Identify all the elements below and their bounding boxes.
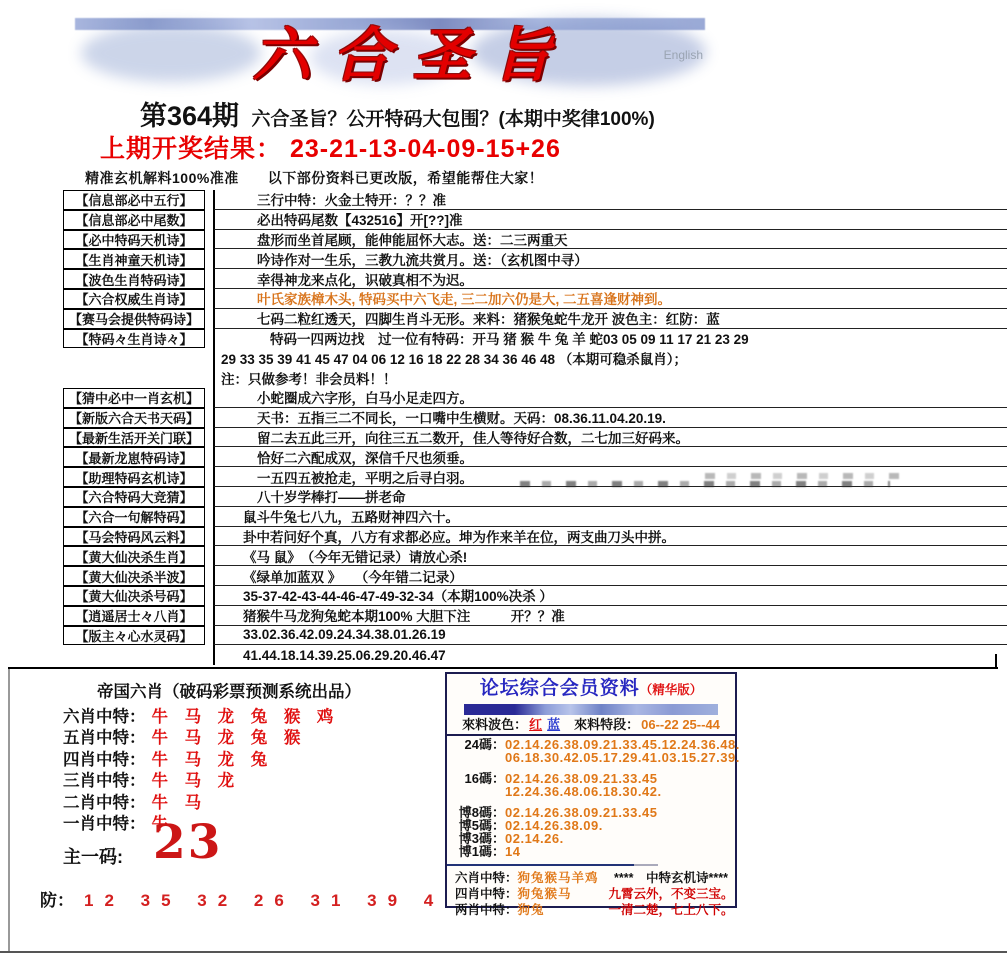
row-content: 《马 鼠》 （今年无错记录）请放心杀! (213, 546, 1007, 566)
row-label: 【版主々心水灵码】 (63, 626, 205, 646)
row-label: 【最新龙崽特码诗】 (63, 447, 205, 467)
table-row: 【黄大仙决杀号码】35-37-42-43-44-46-47-49-32-34（本… (63, 586, 1007, 606)
poem-line: 一清二楚，七上八下。 (601, 902, 741, 918)
erased-text-smudge (520, 481, 890, 487)
table-row: 【信息部必中五行】三行中特：火金土特开：？？准 (63, 190, 1007, 210)
empire-row-value: 牛 马 龙 (152, 772, 241, 790)
member-box-title: 论坛综合会员资料（精华版） (447, 678, 735, 701)
table-row: 【生肖神童天机诗】吟诗作对一生乐，三教九流共赏月。送：（玄机图中寻） (63, 249, 1007, 269)
member-box-title-suffix: （精华版） (640, 683, 703, 697)
empire-row-value: 牛 马 龙 兔 (152, 751, 274, 769)
guard-label: 防： (40, 891, 74, 910)
lottery-tip-sheet: 六合圣旨 English 第364期 六合圣旨？公开特码大包围？(本期中奖律10… (0, 0, 1007, 956)
table-row: 【猜中必中一肖玄机】小蛇圈成六字形，白马小足走四方。 (63, 388, 1007, 408)
row-label: 【黄大仙决杀半波】 (63, 566, 205, 586)
segment-label: 來料特段： (574, 717, 639, 732)
last-draw-label: 上期开奖结果： (100, 135, 282, 163)
empire-six-zodiac-panel: 帝国六肖（破码彩票预测系统出品） 六肖中特：牛 马 龙 兔 猴 鸡 五肖中特：牛… (30, 678, 440, 835)
notice-line: 精准玄机解料100%准准 以下部份资料已更改版，希望能帮住大家！ (85, 168, 543, 188)
divider-line (447, 864, 634, 866)
row-label: 【赛马会提供特码诗】 (63, 309, 205, 329)
last-draw-numbers: 23-21-13-04-09-15+26 (290, 135, 561, 163)
main-code-label: 主一码: (63, 843, 123, 869)
table-row: 【信息部必中尾数】必出特码尾数【432516】开[??]准 (63, 210, 1007, 230)
issue-heading: 第364期 六合圣旨？公开特码大包围？(本期中奖律100%) (140, 94, 655, 133)
member-box-title-text: 论坛综合会员资料 (480, 678, 640, 699)
table-row: 【新版六合天书天码】天书：五指三二不同长，一口嘴中生横财。天码：08.36.11… (63, 408, 1007, 428)
row-content: 《绿单加蓝双 》 （今年错二记录） (213, 566, 1007, 586)
table-row: 29 33 35 39 41 45 47 04 06 12 16 18 22 2… (63, 348, 1007, 368)
row-content: 41.44.18.14.39.25.06.29.20.46.47 (213, 645, 1007, 665)
table-row: 【赛马会提供特码诗】七码二粒红透天，四脚生肖斗无形。来料：猪猴兔蛇牛龙开 波色主… (63, 309, 1007, 329)
code-row-b1: 博1碼：14 (453, 845, 735, 858)
row-label (63, 368, 205, 388)
banner: 六合圣旨 English (75, 0, 705, 92)
banner-decoration (81, 24, 261, 82)
empire-row-label: 五肖中特： (63, 729, 146, 747)
empire-row: 五肖中特：牛 马 龙 兔 猴 (63, 728, 440, 749)
row-label: 【信息部必中五行】 (63, 190, 205, 210)
row-content: 恰好二六配成双，深信千尺也须垂。 (213, 447, 1007, 467)
row-content: 鼠斗牛兔七八九，五路财神四六十。 (213, 507, 1007, 527)
last-draw-result: 上期开奖结果： 23-21-13-04-09-15+26 (100, 129, 561, 165)
empire-row: 四肖中特：牛 马 龙 兔 (63, 750, 440, 771)
row-content: 35-37-42-43-44-46-47-49-32-34（本期100%决杀 ） (213, 586, 1007, 606)
table-row: 【最新龙崽特码诗】恰好二六配成双，深信千尺也须垂。 (63, 447, 1007, 467)
code-row-24-cont: 06.18.30.42.05.17.29.41.03.15.27.39. (505, 751, 735, 764)
row-content: 八十岁学棒打——拼老命 (213, 487, 1007, 507)
empire-row-value: 牛 马 龙 兔 猴 (152, 729, 307, 747)
row-label: 【猜中必中一肖玄机】 (63, 388, 205, 408)
table-row: 【版主々心水灵码】33.02.36.42.09.24.34.38.01.26.1… (63, 626, 1007, 646)
empire-row-label: 三肖中特： (63, 772, 146, 790)
issue-subtitle: 六合圣旨？公开特码大包围？(本期中奖律100%) (252, 109, 655, 130)
row-label: 【波色生肖特码诗】 (63, 269, 205, 289)
mystery-poem: **** 中特玄机诗**** 九霄云外，不变三宝。 一清二楚，七上八下。 (601, 870, 741, 918)
row-label: 【新版六合天书天码】 (63, 408, 205, 428)
separator-line (8, 667, 998, 669)
row-label: 【信息部必中尾数】 (63, 210, 205, 230)
row-label: 【助理特码玄机诗】 (63, 467, 205, 487)
empire-row: 六肖中特：牛 马 龙 兔 猴 鸡 (63, 707, 440, 728)
row-content: 盘形而坐首尾顾，能伸能屈怀大志。送：二三两重天 (213, 230, 1007, 250)
empire-row: 三肖中特：牛 马 龙 (63, 771, 440, 792)
row-label: 【最新生活开关门联】 (63, 428, 205, 448)
row-content: 特码一四两边找 过一位有特码：开马 猪 猴 牛 兔 羊 蛇03 05 09 11… (213, 329, 1007, 349)
poem-line: 九霄云外，不变三宝。 (601, 886, 741, 902)
blue-gradient-bar (464, 704, 717, 715)
row-content: 天书：五指三二不同长，一口嘴中生横财。天码：08.36.11.04.20.19. (213, 408, 1007, 428)
row-label: 【六合权威生肖诗】 (63, 289, 205, 309)
table-row: 【特码々生肖诗々】特码一四两边找 过一位有特码：开马 猪 猴 牛 兔 羊 蛇03… (63, 329, 1007, 349)
wave-red-value: 红 (529, 717, 542, 732)
table-row: 41.44.18.14.39.25.06.29.20.46.47 (63, 645, 1007, 665)
banner-calligraphy-title: 六合圣旨 (253, 8, 573, 92)
english-link[interactable]: English (664, 48, 703, 62)
row-label: 【黄大仙决杀生肖】 (63, 546, 205, 566)
code-row-16-cont: 12.24.36.48.06.18.30.42. (505, 785, 735, 798)
table-row: 【必中特码天机诗】盘形而坐首尾顾，能伸能屈怀大志。送：二三两重天 (63, 230, 1007, 250)
row-content: 卦中若问好个真，八方有求都必应。坤为作来羊在位，两支曲刀头中拼。 (213, 527, 1007, 547)
empire-rows: 六肖中特：牛 马 龙 兔 猴 鸡 五肖中特：牛 马 龙 兔 猴 四肖中特：牛 马… (63, 707, 440, 835)
empire-row-label: 一肖中特： (63, 815, 146, 833)
empire-row-label: 六肖中特： (63, 708, 146, 726)
member-info-box: 论坛综合会员资料（精华版） 來料波色：红蓝來料特段：06--22 25--44 … (445, 672, 737, 908)
wave-segment-info: 來料波色：红蓝來料特段：06--22 25--44 (447, 718, 735, 732)
wave-label: 來料波色： (462, 717, 527, 732)
row-content: 猪猴牛马龙狗兔蛇本期100% 大胆下注 开？？准 (213, 606, 1007, 626)
empire-title: 帝国六肖（破码彩票预测系统出品） (97, 678, 440, 702)
row-content: 留二去五此三开，向往三五二数开，佳人等待好合数，二七加三好码来。 (213, 428, 1007, 448)
row-content: 必出特码尾数【432516】开[??]准 (213, 210, 1007, 230)
row-label: 【必中特码天机诗】 (63, 230, 205, 250)
separator-tick (995, 654, 997, 669)
poem-title: **** 中特玄机诗**** (601, 870, 741, 886)
row-content: 29 33 35 39 41 45 47 04 06 12 16 18 22 2… (213, 348, 1007, 368)
row-content: 吟诗作对一生乐，三教九流共赏月。送：（玄机图中寻） (213, 249, 1007, 269)
table-row: 【黄大仙决杀半波】《绿单加蓝双 》 （今年错二记录） (63, 566, 1007, 586)
row-label: 【特码々生肖诗々】 (63, 329, 205, 349)
row-label: 【六合特码大竞猜】 (63, 487, 205, 507)
code-list: 24碼：02.14.26.38.09.21.33.45.12.24.36.48.… (447, 738, 735, 858)
row-label: 【六合一句解特码】 (63, 507, 205, 527)
row-label: 【马会特码风云料】 (63, 527, 205, 547)
prediction-table: 【信息部必中五行】三行中特：火金土特开：？？准 【信息部必中尾数】必出特码尾数【… (63, 190, 1007, 665)
row-label (63, 348, 205, 368)
table-row: 【六合特码大竞猜】八十岁学棒打——拼老命 (63, 487, 1007, 507)
row-label (63, 645, 205, 665)
row-label: 【逍遥居士々八肖】 (63, 606, 205, 626)
table-row: 【马会特码风云料】卦中若问好个真，八方有求都必应。坤为作来羊在位，两支曲刀头中拼… (63, 527, 1007, 547)
table-row: 注：只做参考！非会员料！！ (63, 368, 1007, 388)
row-label: 【生肖神童天机诗】 (63, 249, 205, 269)
segment-value: 06--22 25--44 (641, 717, 720, 732)
table-row: 【六合权威生肖诗】叶氏家族樟木头, 特码买中六飞走, 三二加六仍是大, 二五喜逢… (63, 289, 1007, 309)
issue-number: 第364期 (140, 101, 239, 131)
empire-row: 一肖中特：牛 (63, 814, 440, 835)
table-row: 【六合一句解特码】鼠斗牛兔七八九，五路财神四六十。 (63, 507, 1007, 527)
table-row: 【黄大仙决杀生肖】《马 鼠》 （今年无错记录）请放心杀! (63, 546, 1007, 566)
left-border-line (8, 669, 10, 952)
empire-row-value: 牛 马 (152, 794, 208, 812)
row-content: 33.02.36.42.09.24.34.38.01.26.19 (213, 626, 1007, 646)
empire-row-value: 牛 马 龙 兔 猴 鸡 (152, 708, 340, 726)
row-content: 三行中特：火金土特开：？？准 (213, 190, 1007, 210)
wave-blue-value: 蓝 (547, 717, 560, 732)
main-code-value: 23 (153, 815, 222, 870)
empire-row-label: 四肖中特： (63, 751, 146, 769)
row-content: 幸得神龙来点化，识破真相不为迟。 (213, 269, 1007, 289)
table-row: 【逍遥居士々八肖】猪猴牛马龙狗兔蛇本期100% 大胆下注 开？？准 (63, 606, 1007, 626)
divider-line (447, 734, 735, 736)
page-bottom-line (0, 951, 1007, 953)
row-label: 【黄大仙决杀号码】 (63, 586, 205, 606)
row-content: 小蛇圈成六字形，白马小足走四方。 (213, 388, 1007, 408)
empire-row-label: 二肖中特： (63, 794, 146, 812)
empire-row: 二肖中特：牛 马 (63, 793, 440, 814)
row-content: 注：只做参考！非会员料！！ (213, 368, 1007, 388)
erased-text-smudge (705, 473, 900, 479)
zodiac-section: 六肖中特：狗兔猴马羊鸡 四肖中特：狗兔猴马 两肖中特：狗兔 **** 中特玄机诗… (455, 870, 735, 918)
row-content: 七码二粒红透天，四脚生肖斗无形。来料：猪猴兔蛇牛龙开 波色主：红防：蓝 (213, 309, 1007, 329)
row-content: 叶氏家族樟木头, 特码买中六飞走, 三二加六仍是大, 二五喜逢财神到。 (213, 289, 1007, 309)
table-row: 【波色生肖特码诗】幸得神龙来点化，识破真相不为迟。 (63, 269, 1007, 289)
table-row: 【最新生活开关门联】留二去五此三开，向往三五二数开，佳人等待好合数，二七加三好码… (63, 428, 1007, 448)
